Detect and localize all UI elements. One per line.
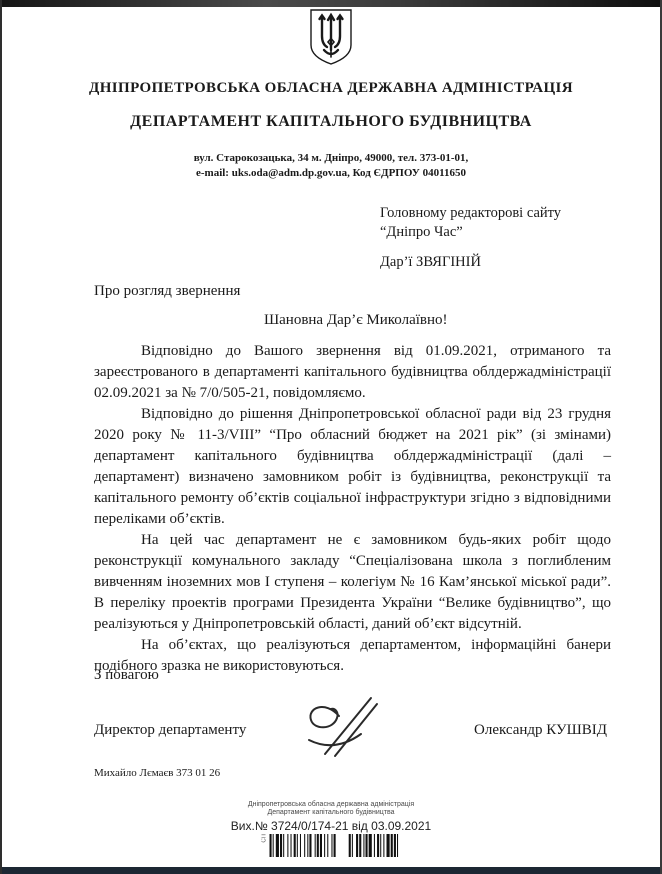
recipient-block: Головному редакторові сайту “Дніпро Час”… [380, 204, 620, 272]
scan-edge-bottom [2, 867, 660, 874]
body-paragraph: На цей час департамент не є замовником б… [94, 530, 611, 635]
outgoing-reference-number: Вих.№ 3724/0/174-21 від 03.09.2021 [2, 819, 660, 834]
org-address-line1: вул. Старокозацька, 34 м. Дніпро, 49000,… [2, 151, 660, 166]
stamp-org-line: Дніпропетровська обласна державна адміні… [2, 801, 660, 809]
barcode [270, 834, 401, 857]
body-paragraph: На об’єктах, що реалізуються департамент… [94, 635, 611, 677]
recipient-role-line2: “Дніпро Час” [380, 223, 620, 242]
stamp-dept-line: Департамент капітального будівництва [2, 809, 660, 817]
ukraine-tryzub-icon [308, 9, 354, 65]
registration-stamp: Дніпропетровська обласна державна адміні… [2, 801, 660, 834]
department-title: ДЕПАРТАМЕНТ КАПІТАЛЬНОГО БУДІВНИЦТВА [2, 113, 660, 131]
barcode-block: СП [262, 834, 401, 859]
org-contact-line: e-mail: uks.oda@adm.dp.gov.ua, Код ЄДРПО… [2, 166, 660, 181]
handwritten-signature [295, 690, 415, 770]
organization-title: ДНІПРОПЕТРОВСЬКА ОБЛАСНА ДЕРЖАВНА АДМІНІ… [2, 80, 660, 97]
executor-contact: Михайло Лємаєв 373 01 26 [94, 767, 220, 779]
body-paragraph: Відповідно до рішення Дніпропетровської … [94, 404, 611, 530]
signatory-position: Директор департаменту [94, 722, 246, 739]
letter-body: Відповідно до Вашого звернення від 01.09… [94, 341, 611, 677]
recipient-role-line1: Головному редакторові сайту [380, 204, 620, 223]
scan-edge-top [2, 0, 660, 7]
barcode-side-label: СП [262, 834, 268, 843]
org-address-block: вул. Старокозацька, 34 м. Дніпро, 49000,… [2, 151, 660, 181]
letter-subject: Про розгляд звернення [94, 283, 240, 300]
scanned-letter-page: ДНІПРОПЕТРОВСЬКА ОБЛАСНА ДЕРЖАВНА АДМІНІ… [0, 0, 662, 874]
salutation-line: Шановна Дар’є Миколаївно! [264, 312, 448, 329]
signatory-name: Олександр КУШВІД [402, 722, 607, 739]
body-paragraph: Відповідно до Вашого звернення від 01.09… [94, 341, 611, 404]
recipient-name: Дар’ї ЗВЯГІНІЙ [380, 253, 620, 272]
closing-phrase: З повагою [94, 667, 159, 684]
